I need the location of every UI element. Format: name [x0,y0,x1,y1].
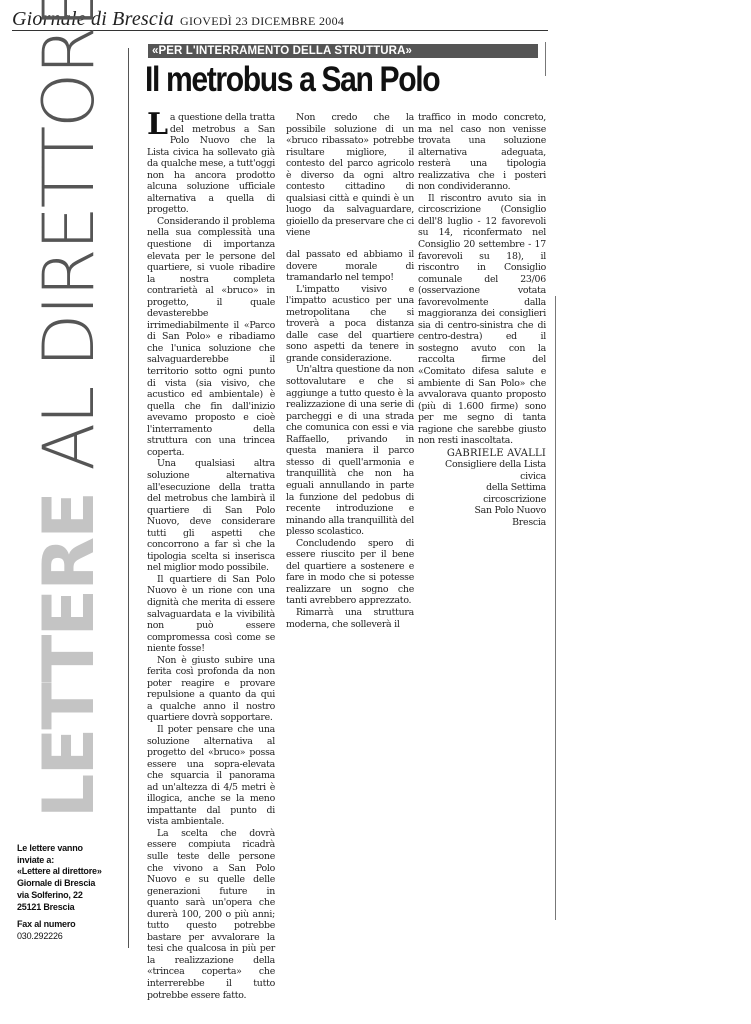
author-signature: GABRIELE AVALLI Consigliere della Lista … [418,448,546,529]
article-paragraph: Non è giusto subire una ferita così prof… [147,655,275,724]
section-banner-light: LETTERE [28,471,110,818]
author-role: circoscrizione [418,494,546,506]
sidebar-divider [128,48,129,948]
info-line: inviate a: [17,855,127,867]
author-name: GABRIELE AVALLI [418,448,546,460]
article-column-1: La questione della tratta del metrobus a… [147,112,275,1001]
article-paragraph: La scelta che dovrà essere compiuta rica… [147,828,275,1001]
section-banner: LETTERE AL DIRETTORE [34,52,104,752]
drop-cap: L [147,113,168,137]
author-location: San Polo Nuovo [418,505,546,517]
article-paragraph: Il riscontro avuto sia in circoscrizione… [418,193,546,447]
article-kicker: «PER L'INTERRAMENTO DELLA STRUTTURA» [148,44,538,58]
info-line: Giornale di Brescia [17,878,127,890]
section-banner-dark: AL DIRETTORE [28,0,110,471]
info-line: Le lettere vanno [17,843,127,855]
fax-label: Fax al numero [17,919,127,931]
article-paragraph: La questione della tratta del metrobus a… [147,112,275,216]
article-paragraph: L'impatto visivo e l'impatto acustico pe… [286,284,414,365]
article-paragraph: traffico in modo concreto, ma nel caso n… [418,112,546,193]
article-paragraph: Il quartiere di San Polo Nuovo è un rion… [147,574,275,655]
fax-number: 030.292226 [17,931,127,943]
article-paragraph: Rimarrà una struttura moderna, che solle… [286,607,414,630]
article-paragraph: Concludendo spero di essere riuscito per… [286,538,414,607]
author-role: della Settima [418,482,546,494]
info-line: via Solferino, 22 [17,890,127,902]
article-paragraph: Un'altra questione da non sottovalutare … [286,364,414,537]
author-location: Brescia [418,517,546,529]
article-paragraph: Una qualsiasi altra soluzione alternativ… [147,458,275,573]
article-paragraph: Il poter pensare che una soluzione alter… [147,724,275,828]
article-column-3: traffico in modo concreto, ma nel caso n… [418,112,546,528]
right-divider-top [545,42,546,76]
article-paragraph: Considerando il problema nella sua compl… [147,216,275,458]
article-paragraph: Non credo che la possibile soluzione di … [286,112,414,239]
author-role: Consigliere della Lista [418,459,546,471]
section-banner-text: LETTERE AL DIRETTORE [34,0,104,818]
right-divider-bottom [555,296,556,920]
author-role: civica [418,471,546,483]
info-line: 25121 Brescia [17,902,127,914]
info-line: «Lettere al direttore» [17,866,127,878]
submission-info-box: Le lettere vanno inviate a: «Lettere al … [17,843,127,943]
article-headline: Il metrobus a San Polo [145,58,439,102]
article-paragraph: dal passato ed abbiamo il dovere morale … [286,249,414,284]
article-column-2: Non credo che la possibile soluzione di … [286,112,414,630]
column-gap [286,239,414,249]
issue-date: GIOVEDÌ 23 DICEMBRE 2004 [180,14,344,29]
